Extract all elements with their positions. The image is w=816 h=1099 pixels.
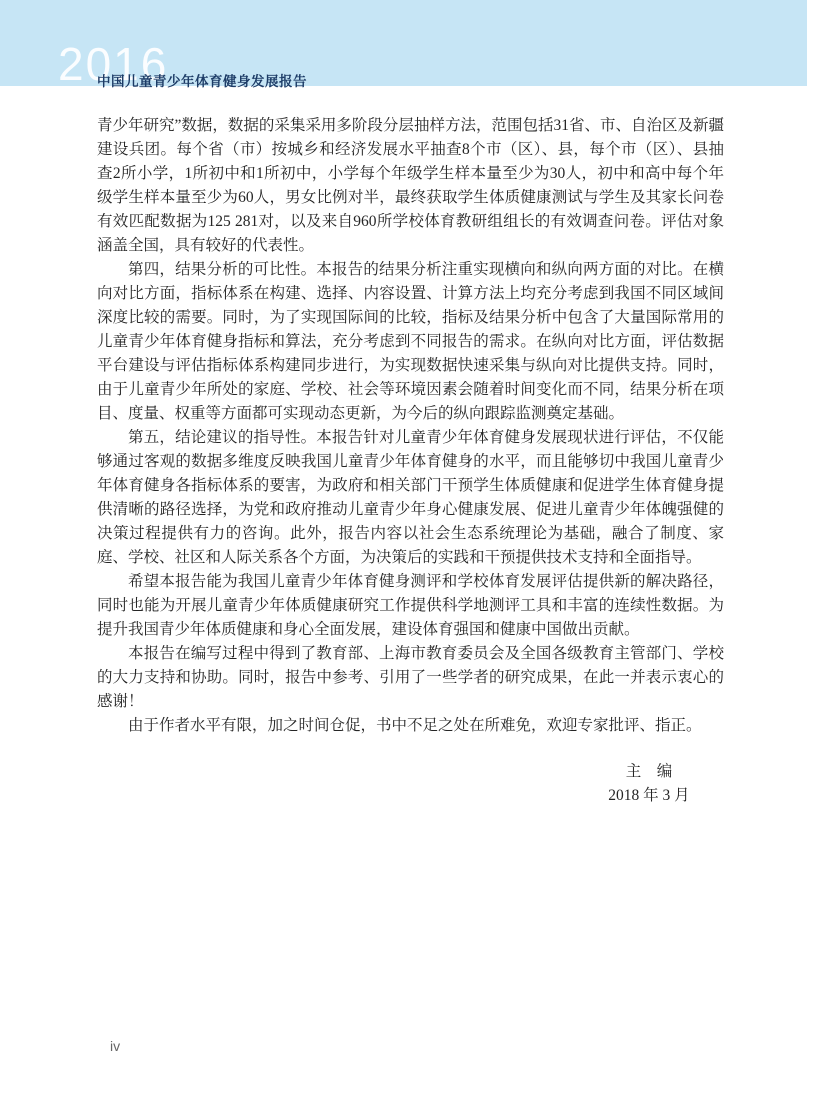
signature-date: 2018 年 3 月 (574, 784, 724, 808)
body-paragraph: 第五，结论建议的指导性。本报告针对儿童青少年体育健身发展现状进行评估，不仅能够通… (97, 426, 724, 570)
report-title: 中国儿童青少年体育健身发展报告 (97, 70, 307, 90)
body-paragraph: 本报告在编写过程中得到了教育部、上海市教育委员会及全国各级教育主管部门、学校的大… (97, 642, 724, 714)
signature-block: 主 编 2018 年 3 月 (574, 760, 724, 808)
page-number: iv (110, 1038, 120, 1054)
paragraph-list: 青少年研究”数据，数据的采集采用多阶段分层抽样方法，范围包括31省、市、自治区及… (97, 114, 724, 738)
body-paragraph: 第四，结果分析的可比性。本报告的结果分析注重实现横向和纵向两方面的对比。在横向对… (97, 258, 724, 426)
body-paragraph: 希望本报告能为我国儿童青少年体育健身测评和学校体育发展评估提供新的解决路径，同时… (97, 570, 724, 642)
body-text: 青少年研究”数据，数据的采集采用多阶段分层抽样方法，范围包括31省、市、自治区及… (97, 114, 724, 808)
document-page: 2016 中国儿童青少年体育健身发展报告 青少年研究”数据，数据的采集采用多阶段… (0, 0, 816, 1099)
body-paragraph: 青少年研究”数据，数据的采集采用多阶段分层抽样方法，范围包括31省、市、自治区及… (97, 114, 724, 258)
signature-author: 主 编 (574, 760, 724, 784)
body-paragraph: 由于作者水平有限，加之时间仓促，书中不足之处在所难免，欢迎专家批评、指正。 (97, 714, 724, 738)
